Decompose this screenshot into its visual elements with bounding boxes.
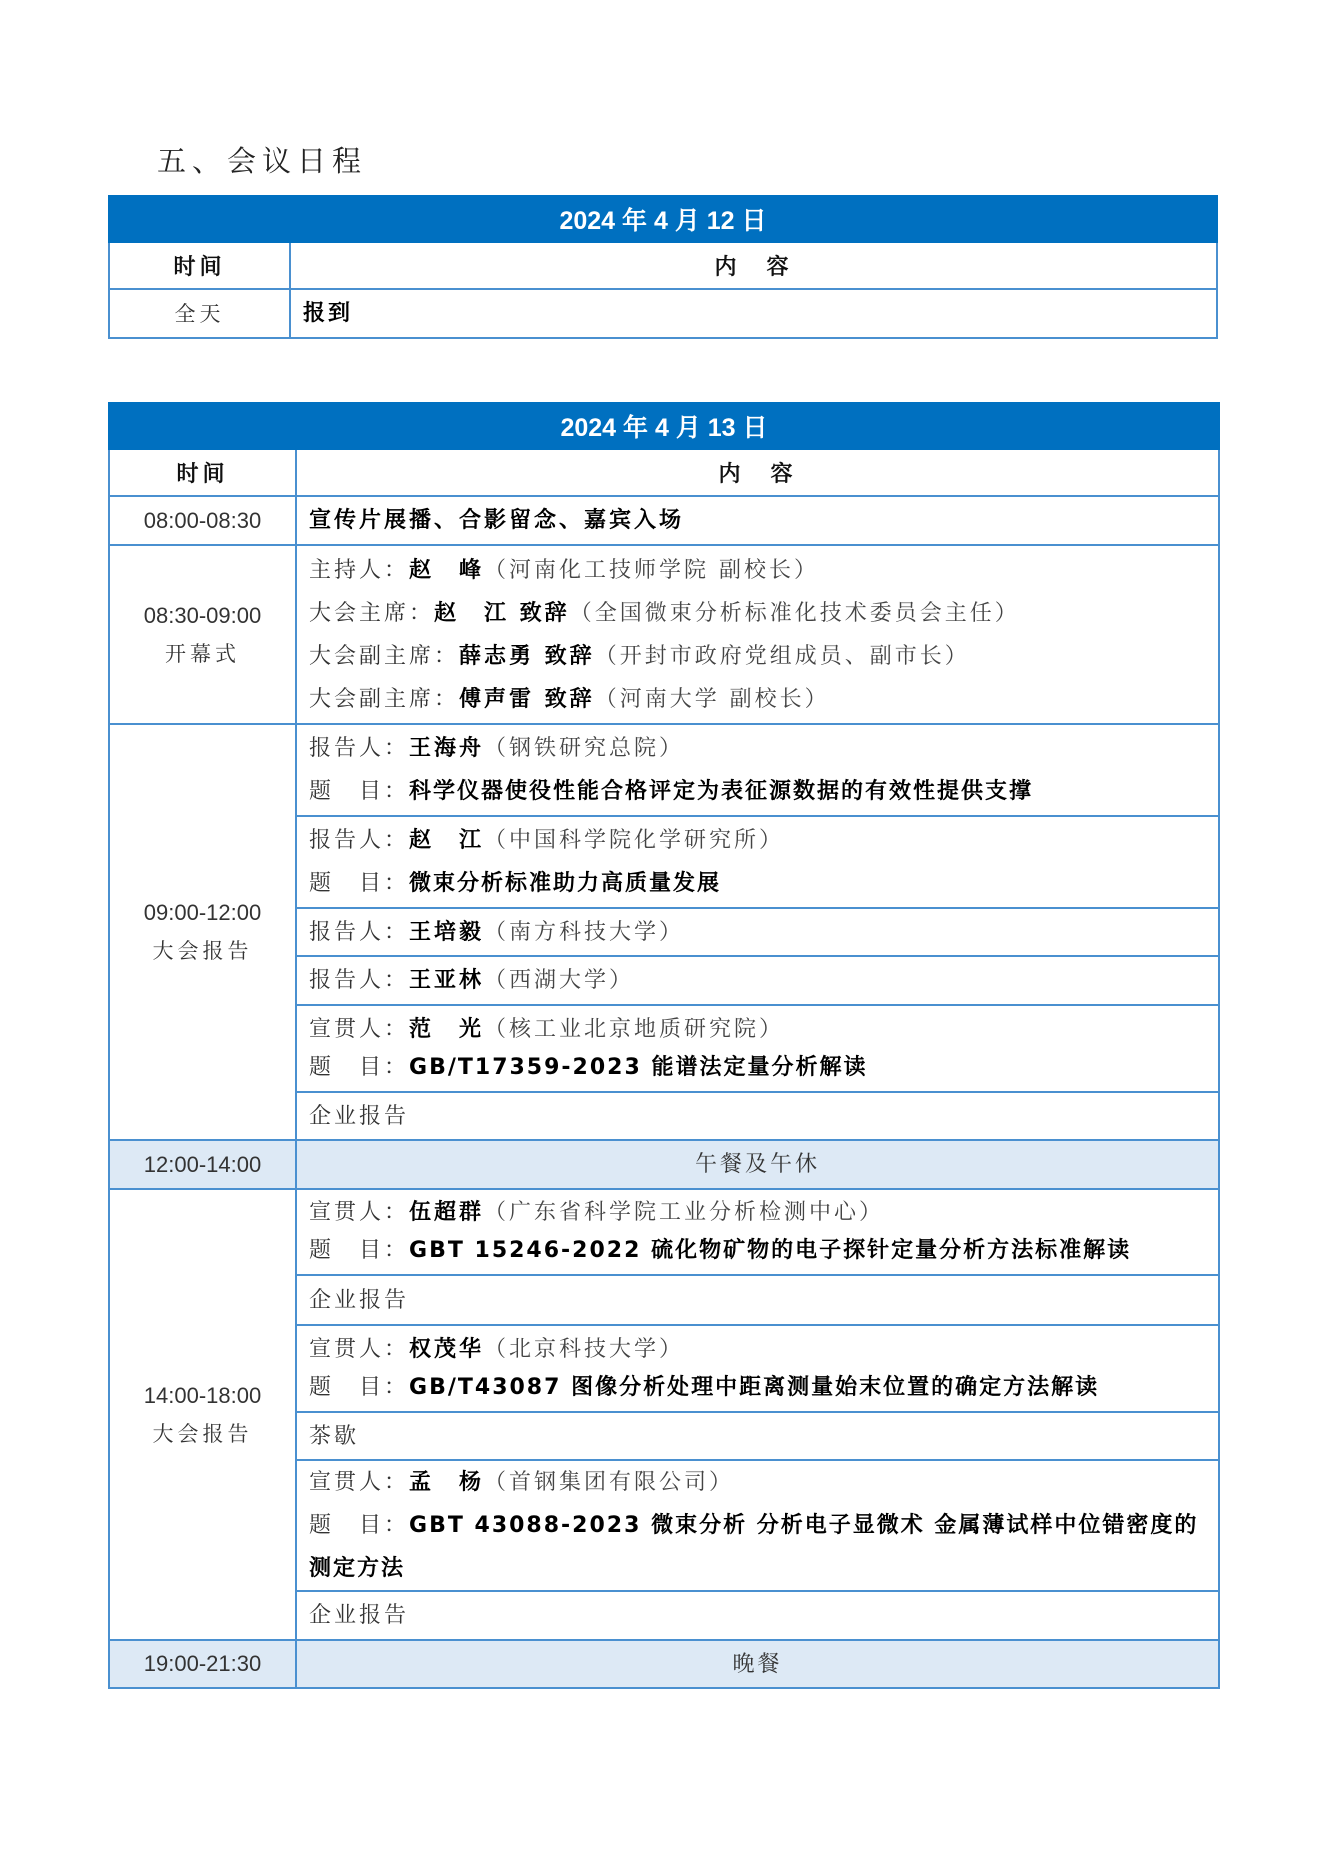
corporate-report: 企业报告 bbox=[296, 1092, 1219, 1140]
date-header: 2024 年 4 月 12 日 bbox=[109, 196, 1217, 242]
content-cell: 晚餐 bbox=[296, 1640, 1219, 1688]
time-cell: 12:00-14:00 bbox=[109, 1140, 296, 1189]
report-item: 宣贯人：范 光（核工业北京地质研究院） 题 目：GB/T17359-2023 能… bbox=[296, 1005, 1219, 1092]
time-cell: 14:00-18:00 大会报告 bbox=[109, 1189, 296, 1640]
time-cell: 19:00-21:30 bbox=[109, 1640, 296, 1688]
date-header: 2024 年 4 月 13 日 bbox=[109, 403, 1219, 449]
column-header-content: 内 容 bbox=[290, 242, 1217, 289]
column-header-time: 时间 bbox=[109, 242, 290, 289]
column-header-time: 时间 bbox=[109, 449, 296, 496]
schedule-table-day2: 2024 年 4 月 13 日 时间 内 容 08:00-08:30 宣传片展播… bbox=[108, 402, 1220, 1689]
report-item: 宣贯人：权茂华（北京科技大学） 题 目：GB/T43087 图像分析处理中距离测… bbox=[296, 1325, 1219, 1412]
report-item: 报告人：赵 江（中国科学院化学研究所） 题 目：微束分析标准助力高质量发展 bbox=[296, 816, 1219, 908]
content-cell: 宣传片展播、合影留念、嘉宾入场 bbox=[296, 496, 1219, 545]
session-name: 开幕式 bbox=[110, 635, 295, 673]
speaker-line: 大会副主席：薛志勇 致辞（开封市政府党组成员、副市长） bbox=[309, 635, 1218, 678]
column-header-content: 内 容 bbox=[296, 449, 1219, 496]
time-cell: 09:00-12:00 大会报告 bbox=[109, 724, 296, 1140]
content-cell: 午餐及午休 bbox=[296, 1140, 1219, 1189]
schedule-row: 09:00-12:00 大会报告 报告人：王海舟（钢铁研究总院） 题 目：科学仪… bbox=[109, 724, 1219, 816]
time-cell: 08:30-09:00 开幕式 bbox=[109, 545, 296, 724]
time-range: 08:30-09:00 bbox=[110, 597, 295, 635]
report-item: 宣贯人：孟 杨（首钢集团有限公司） 题 目：GBT 43088-2023 微束分… bbox=[296, 1460, 1219, 1591]
time-range: 14:00-18:00 bbox=[110, 1377, 295, 1415]
content-cell: 报到 bbox=[290, 289, 1217, 338]
schedule-row: 19:00-21:30 晚餐 bbox=[109, 1640, 1219, 1688]
corporate-report: 企业报告 bbox=[296, 1591, 1219, 1640]
time-cell: 全天 bbox=[109, 289, 290, 338]
section-title: 五、会议日程 bbox=[157, 143, 367, 179]
report-item: 报告人：王培毅（南方科技大学） bbox=[296, 908, 1219, 956]
time-cell: 08:00-08:30 bbox=[109, 496, 296, 545]
speaker-line: 大会主席：赵 江 致辞（全国微束分析标准化技术委员会主任） bbox=[309, 592, 1218, 635]
schedule-row: 14:00-18:00 大会报告 宣贯人：伍超群（广东省科学院工业分析检测中心）… bbox=[109, 1189, 1219, 1275]
corporate-report: 企业报告 bbox=[296, 1275, 1219, 1325]
session-name: 大会报告 bbox=[110, 932, 295, 970]
schedule-table-day1: 2024 年 4 月 12 日 时间 内 容 全天 报到 bbox=[108, 195, 1218, 339]
speaker-line: 大会副主席：傅声雷 致辞（河南大学 副校长） bbox=[309, 678, 1218, 721]
schedule-row: 08:30-09:00 开幕式 主持人：赵 峰（河南化工技师学院 副校长） 大会… bbox=[109, 545, 1219, 724]
speaker-line: 主持人：赵 峰（河南化工技师学院 副校长） bbox=[309, 549, 1218, 592]
report-item: 报告人：王亚林（西湖大学） bbox=[296, 956, 1219, 1005]
session-name: 大会报告 bbox=[110, 1415, 295, 1453]
schedule-row: 08:00-08:30 宣传片展播、合影留念、嘉宾入场 bbox=[109, 496, 1219, 545]
schedule-row: 12:00-14:00 午餐及午休 bbox=[109, 1140, 1219, 1189]
report-item: 宣贯人：伍超群（广东省科学院工业分析检测中心） 题 目：GBT 15246-20… bbox=[296, 1189, 1219, 1275]
time-range: 09:00-12:00 bbox=[110, 894, 295, 932]
report-item: 报告人：王海舟（钢铁研究总院） 题 目：科学仪器使役性能合格评定为表征源数据的有… bbox=[296, 724, 1219, 816]
tea-break: 茶歇 bbox=[296, 1412, 1219, 1460]
content-cell: 主持人：赵 峰（河南化工技师学院 副校长） 大会主席：赵 江 致辞（全国微束分析… bbox=[296, 545, 1219, 724]
